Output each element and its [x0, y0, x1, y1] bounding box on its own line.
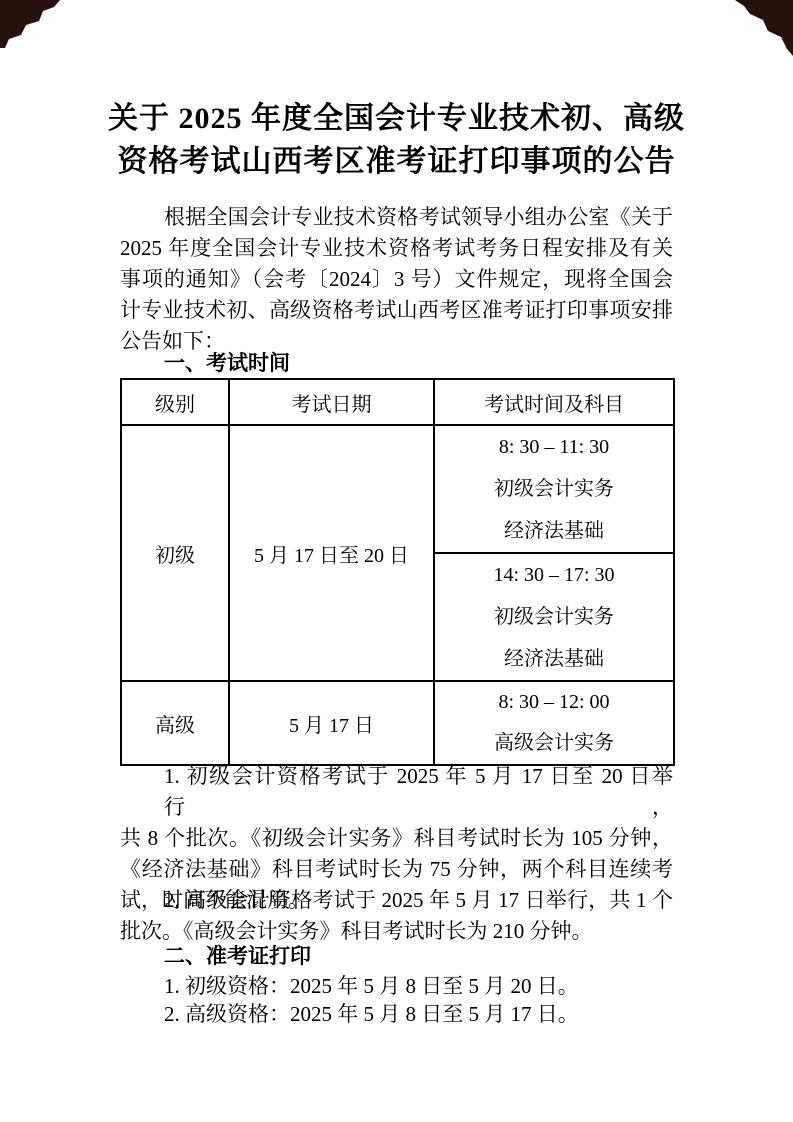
document-title: 关于 2025 年度全国会计专业技术初、高级 资格考试山西考区准考证打印事项的公… [0, 97, 793, 183]
text-line: 《经济法基础》科目考试时长为 75 分钟，两个科目连续考 [120, 854, 673, 885]
exam-schedule-table: 级别 考试日期 考试时间及科目 初级 5 月 17 日至 20 日 8: 30 … [120, 378, 675, 766]
column-header-exam-date: 考试日期 [229, 379, 434, 425]
text-line: 事项的通知》（会考〔2024〕3 号）文件规定，现将全国会 [120, 264, 673, 295]
cell-session-senior: 8: 30 – 12: 00 高级会计实务 [434, 681, 674, 765]
text-line: 1. 初级会计资格考试于 2025 年 5 月 17 日至 20 日举行， [120, 761, 673, 823]
session-block: 8: 30 – 11: 30 初级会计实务 经济法基础 [435, 426, 673, 552]
print-dates-paragraph: 1. 初级资格：2025 年 5 月 8 日至 5 月 20 日。 2. 高级资… [120, 972, 673, 1028]
text-line: 计专业技术初、高级资格考试山西考区准考证打印事项安排 [120, 295, 673, 326]
title-line: 资格考试山西考区准考证打印事项的公告 [0, 140, 793, 183]
text-line: 根据全国会计专业技术资格考试领导小组办公室《关于 [120, 202, 673, 233]
cell-session-afternoon: 14: 30 – 17: 30 初级会计实务 经济法基础 [434, 553, 674, 681]
session-subject: 初级会计实务 [435, 468, 673, 510]
note-2-paragraph: 2. 高级会计资格考试于 2025 年 5 月 17 日举行，共 1 个 批次。… [120, 885, 673, 947]
table-row-senior: 高级 5 月 17 日 8: 30 – 12: 00 高级会计实务 [121, 681, 674, 765]
text-line-senior-print-date: 2. 高级资格：2025 年 5 月 8 日至 5 月 17 日。 [120, 1000, 673, 1028]
text-line: 批次。《高级会计实务》科目考试时长为 210 分钟。 [120, 916, 673, 947]
table-row-junior-session-1: 初级 5 月 17 日至 20 日 8: 30 – 11: 30 初级会计实务 … [121, 425, 674, 553]
document-page: 关于 2025 年度全国会计专业技术初、高级 资格考试山西考区准考证打印事项的公… [0, 0, 793, 1122]
scan-artifact-top-left-corner [0, 0, 62, 48]
cell-level-senior: 高级 [121, 681, 229, 765]
text-line: 共 8 个批次。《初级会计实务》科目考试时长为 105 分钟， [120, 823, 673, 854]
text-line: 2025 年度全国会计专业技术资格考试考务日程安排及有关 [120, 233, 673, 264]
session-time: 8: 30 – 12: 00 [435, 682, 673, 723]
session-block: 8: 30 – 12: 00 高级会计实务 [435, 682, 673, 764]
section-2-heading: 二、准考证打印 [120, 944, 673, 970]
column-header-time-subject: 考试时间及科目 [434, 379, 674, 425]
session-block: 14: 30 – 17: 30 初级会计实务 经济法基础 [435, 554, 673, 680]
text-line: 2. 高级会计资格考试于 2025 年 5 月 17 日举行，共 1 个 [120, 885, 673, 916]
intro-paragraph: 根据全国会计专业技术资格考试领导小组办公室《关于 2025 年度全国会计专业技术… [120, 202, 673, 357]
cell-date-junior: 5 月 17 日至 20 日 [229, 425, 434, 681]
column-header-level: 级别 [121, 379, 229, 425]
scan-artifact-top-right-corner [735, 0, 793, 56]
cell-session-morning: 8: 30 – 11: 30 初级会计实务 经济法基础 [434, 425, 674, 553]
session-time: 8: 30 – 11: 30 [435, 426, 673, 468]
table-header-row: 级别 考试日期 考试时间及科目 [121, 379, 674, 425]
text-line-junior-print-date: 1. 初级资格：2025 年 5 月 8 日至 5 月 20 日。 [120, 972, 673, 1000]
session-subject: 经济法基础 [435, 510, 673, 552]
session-time: 14: 30 – 17: 30 [435, 554, 673, 596]
title-line: 关于 2025 年度全国会计专业技术初、高级 [0, 97, 793, 140]
session-subject: 经济法基础 [435, 638, 673, 680]
section-1-heading: 一、考试时间 [120, 351, 673, 377]
session-subject: 初级会计实务 [435, 596, 673, 638]
session-subject: 高级会计实务 [435, 723, 673, 764]
cell-level-junior: 初级 [121, 425, 229, 681]
cell-date-senior: 5 月 17 日 [229, 681, 434, 765]
